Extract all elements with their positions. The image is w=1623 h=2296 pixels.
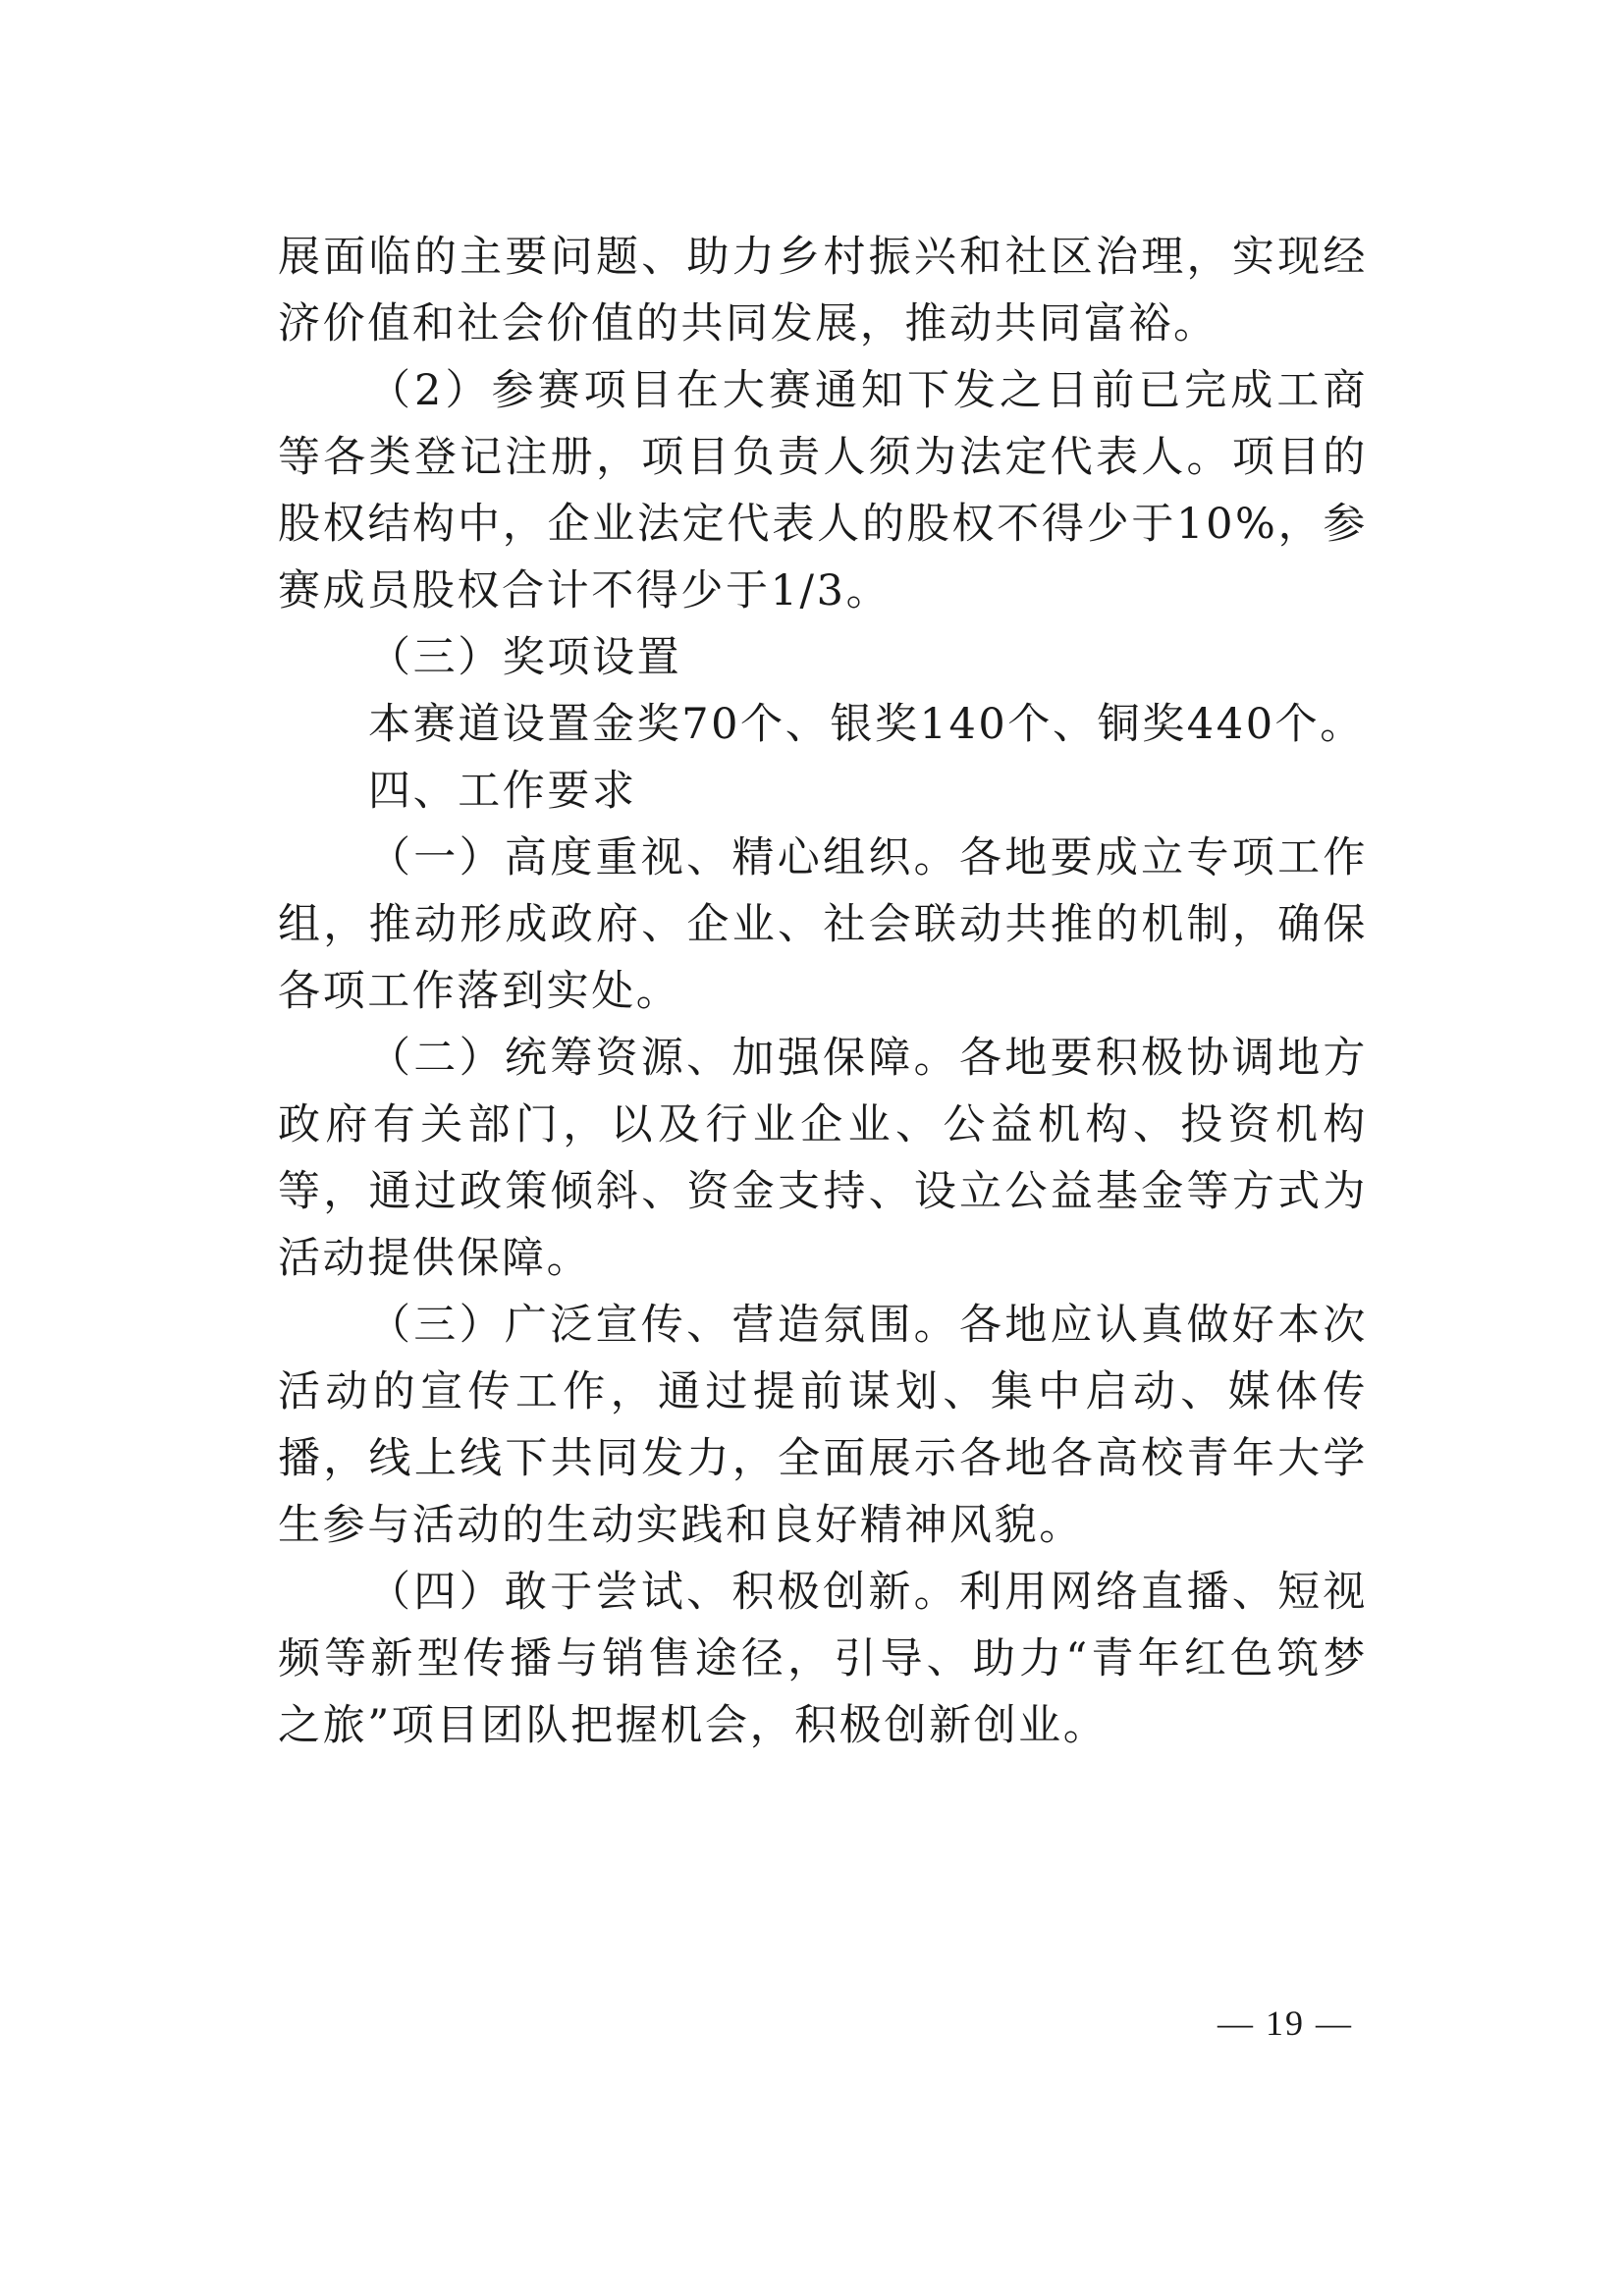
paragraph-awards-setting: 本赛道设置金奖70个、银奖140个、铜奖440个。 xyxy=(278,691,1368,758)
paragraph-requirement-1: （一）高度重视、精心组织。各地要成立专项工作组，推动形成政府、企业、社会联动共推… xyxy=(278,825,1368,1025)
document-page: 展面临的主要问题、助力乡村振兴和社区治理，实现经济价值和社会价值的共同发展，推动… xyxy=(278,224,1368,1759)
paragraph-continuation: 展面临的主要问题、助力乡村振兴和社区治理，实现经济价值和社会价值的共同发展，推动… xyxy=(278,224,1368,357)
paragraph-requirement-4: （四）敢于尝试、积极创新。利用网络直播、短视频等新型传播与销售途径，引导、助力“… xyxy=(278,1559,1368,1759)
section-heading-work-requirements: 四、工作要求 xyxy=(278,758,1368,825)
paragraph-requirement-2: （二）统筹资源、加强保障。各地要积极协调地方政府有关部门，以及行业企业、公益机构… xyxy=(278,1025,1368,1292)
paragraph-item-2: （2）参赛项目在大赛通知下发之日前已完成工商等各类登记注册，项目负责人须为法定代… xyxy=(278,357,1368,624)
subheading-awards: （三）奖项设置 xyxy=(278,624,1368,691)
paragraph-requirement-3: （三）广泛宣传、营造氛围。各地应认真做好本次活动的宣传工作，通过提前谋划、集中启… xyxy=(278,1292,1368,1559)
page-number: — 19 — xyxy=(1217,2002,1353,2044)
